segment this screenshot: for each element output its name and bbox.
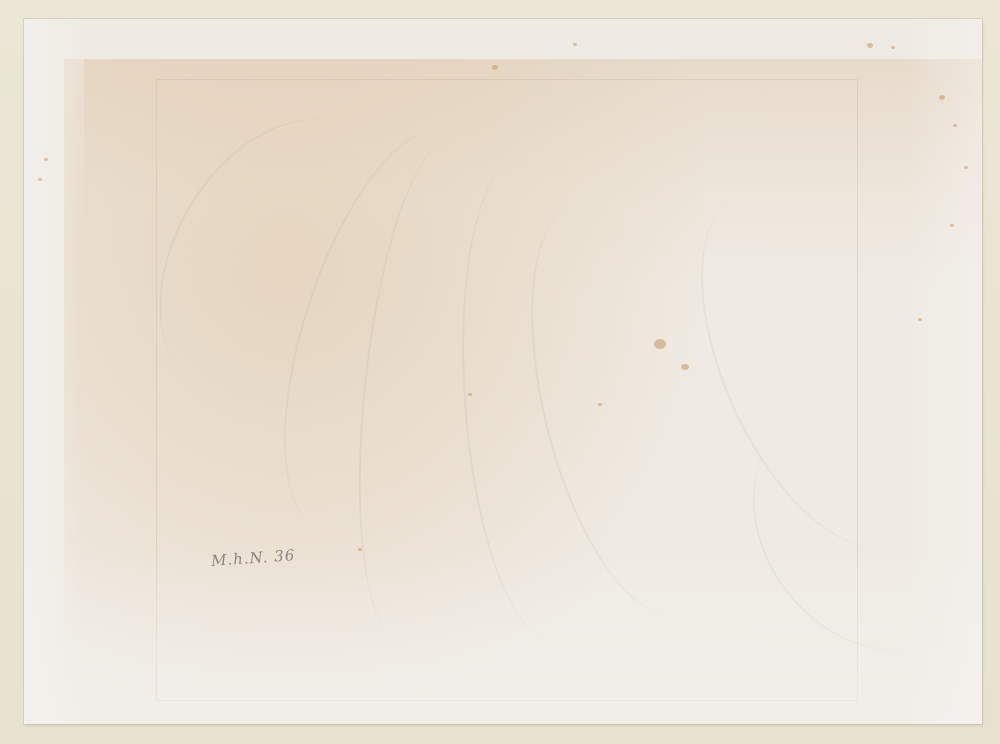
- foxing-spot: [867, 43, 873, 48]
- paper-sheet: M.h.N. 36: [24, 19, 982, 724]
- foxing-spot: [939, 95, 945, 100]
- foxing-spot: [654, 339, 666, 349]
- foxing-spot: [492, 65, 498, 70]
- edge-highlight: [24, 19, 982, 724]
